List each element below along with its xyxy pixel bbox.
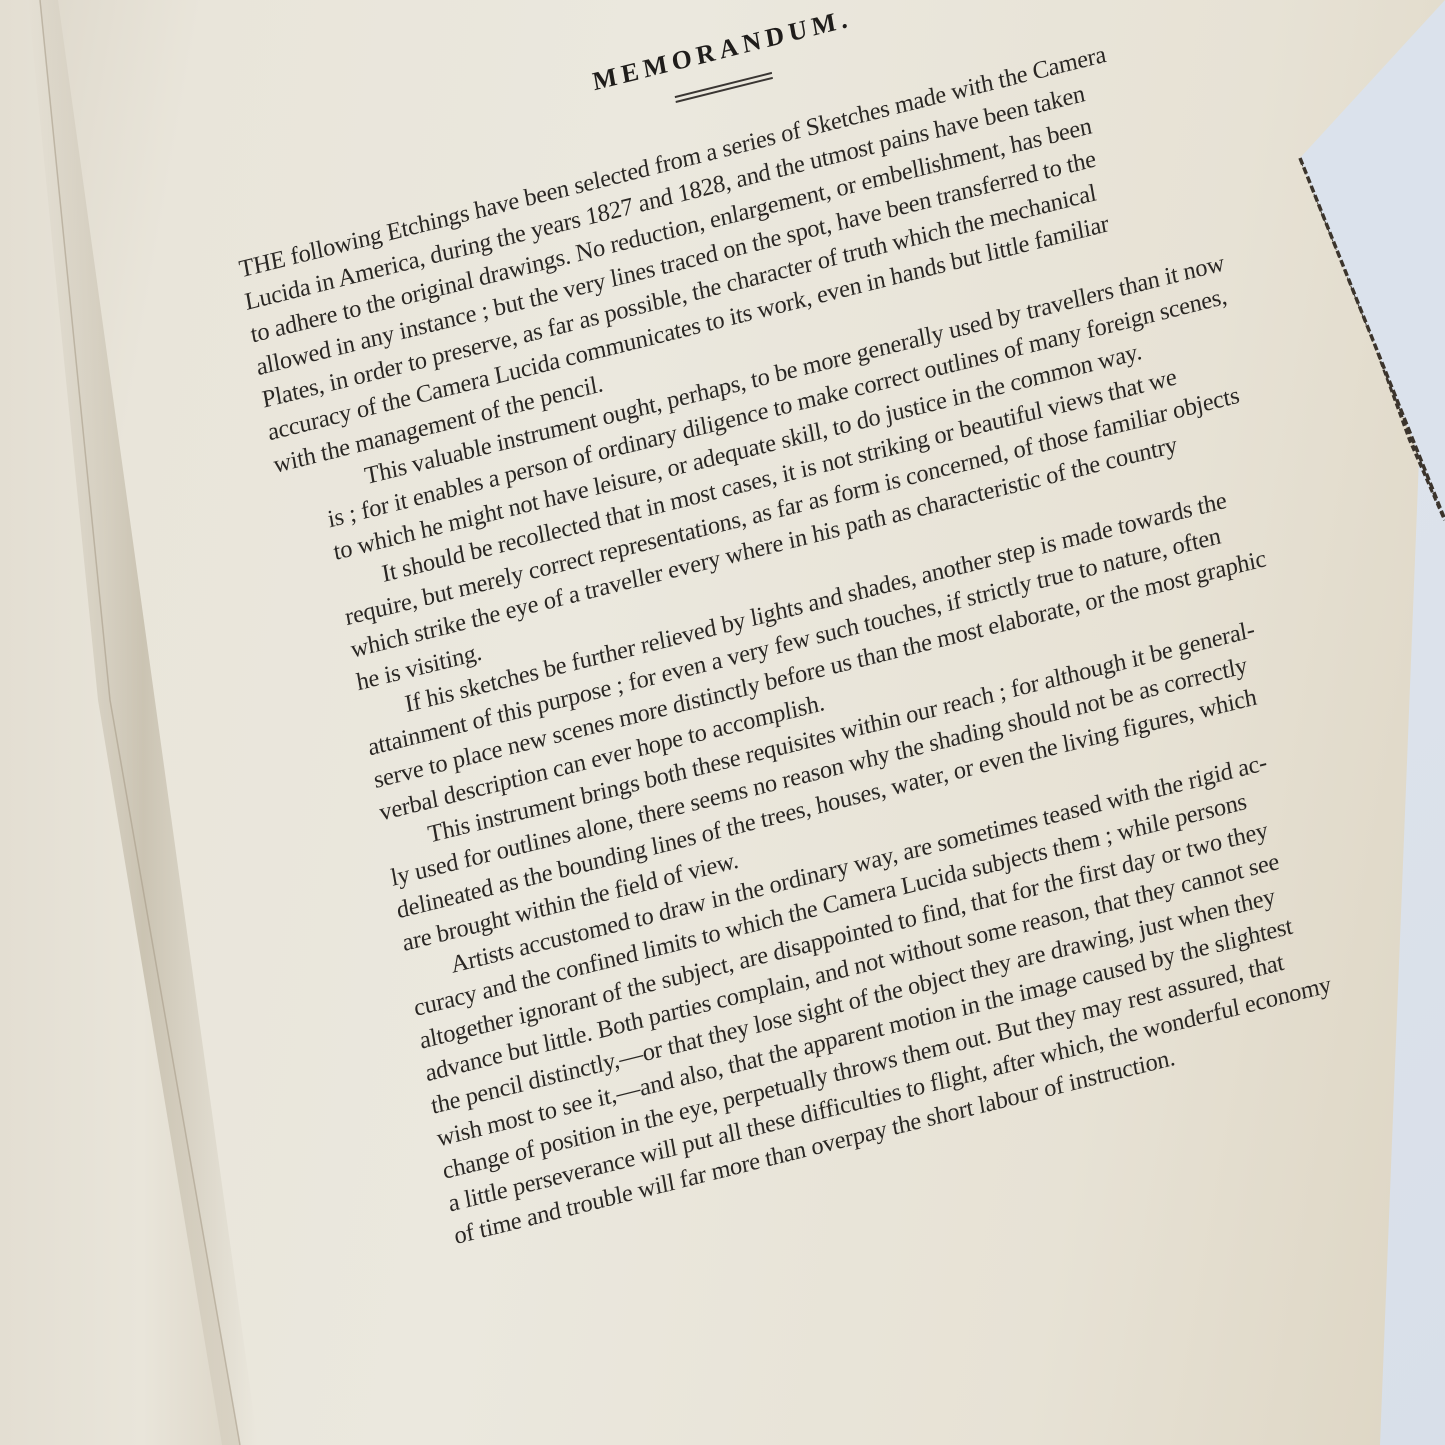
title-double-rule (675, 72, 773, 103)
photo-scene: MEMORANDUM. THE following Etchings have … (0, 0, 1445, 1445)
